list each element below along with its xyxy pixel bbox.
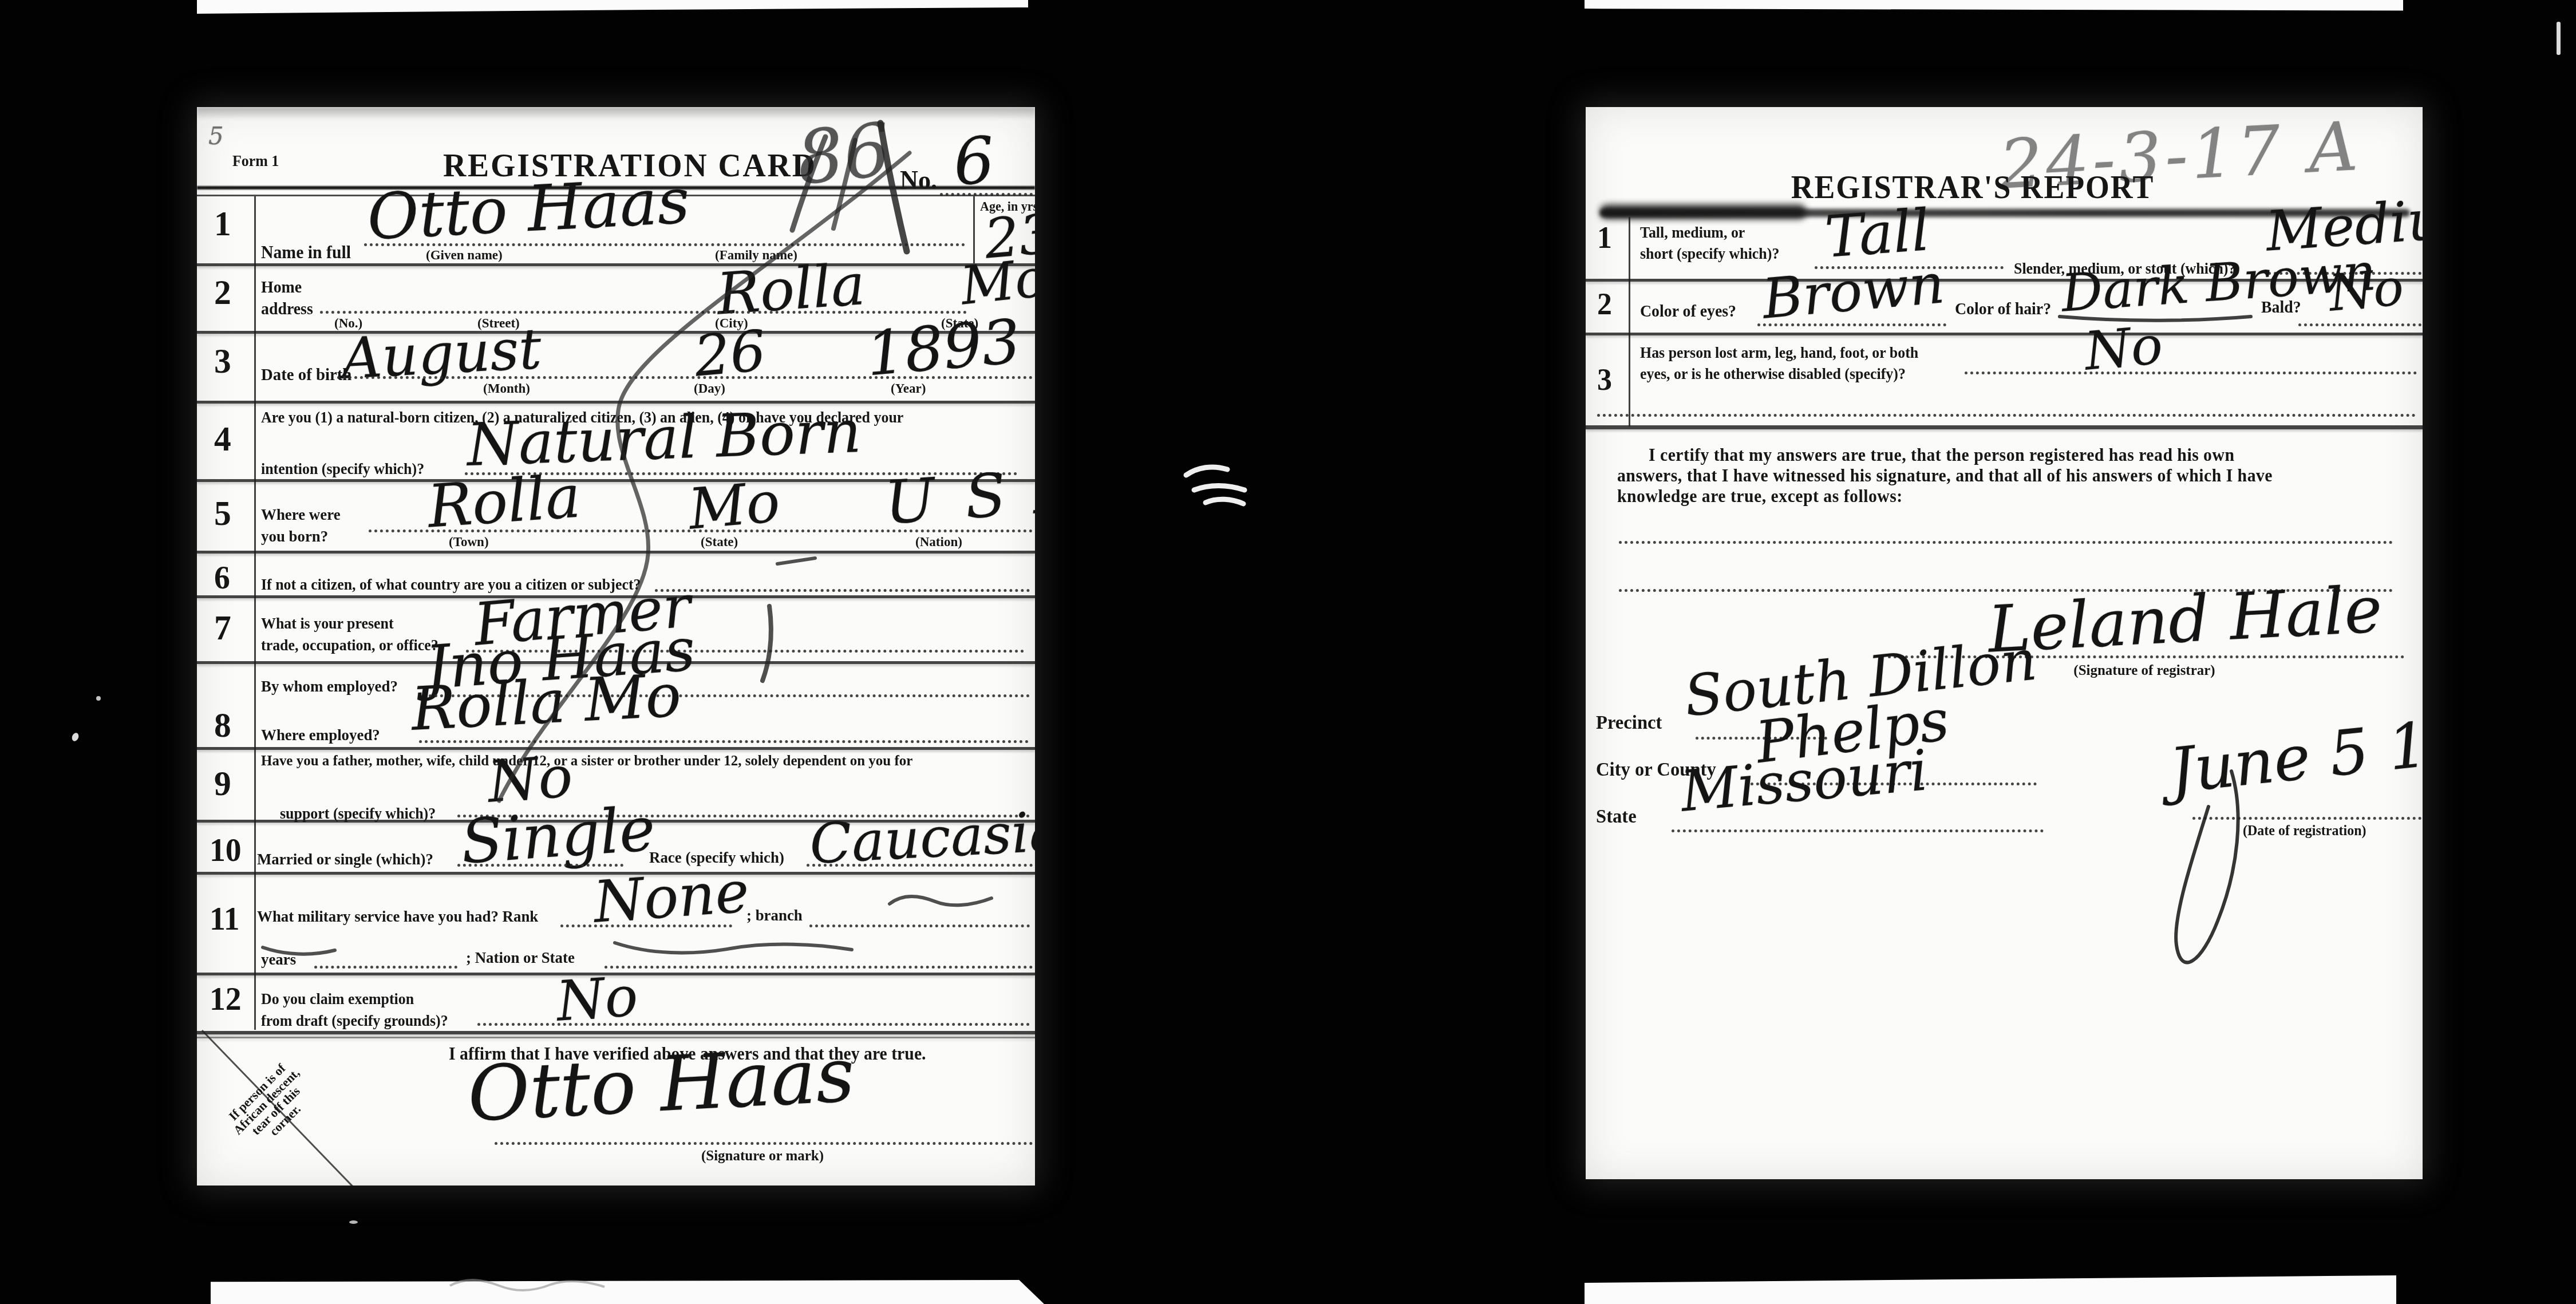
scan-artifact-speck [2557, 22, 2561, 55]
registrars-report-card: 24-3-17 A REGISTRAR'S REPORT 1 Tall, med… [1586, 107, 2423, 1179]
adjacent-card-strip-top-left [197, 0, 1028, 15]
scan-artifact-squiggle [1179, 458, 1277, 515]
scan-artifact-speck [96, 696, 101, 701]
stray-pen-strokes [197, 107, 1035, 1186]
adjacent-card-strip-top-right [1585, 0, 2403, 12]
registration-card: 5 Form 1 REGISTRATION CARD 86 No. 6 Age,… [197, 107, 1035, 1186]
adjacent-card-strip-bottom-right [1585, 1275, 2396, 1304]
scan-artifact-speck [349, 1220, 358, 1224]
adjacent-card-strip-bottom-left [211, 1280, 1044, 1304]
scanned-document-page: 5 Form 1 REGISTRATION CARD 86 No. 6 Age,… [0, 0, 2576, 1304]
stray-pen-strokes [1586, 107, 2423, 1179]
scan-artifact-speck [71, 732, 80, 742]
scan-artifact-faint-writing [447, 1267, 613, 1297]
